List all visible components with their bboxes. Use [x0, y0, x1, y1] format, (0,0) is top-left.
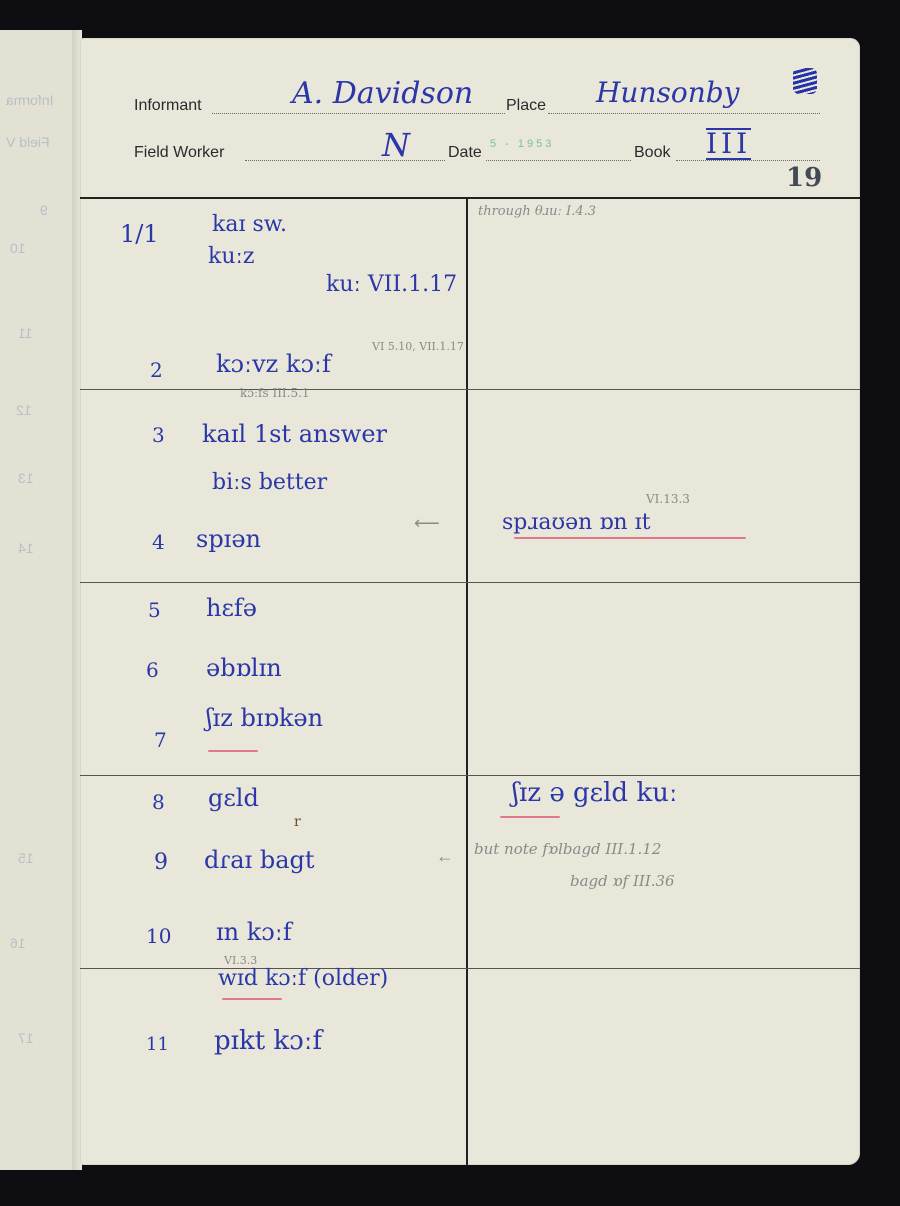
book-value: III: [706, 128, 751, 160]
entry-number: 6: [146, 658, 159, 682]
margin-note: through θɹuː I.4.3: [478, 204, 596, 219]
ghost-num: 15: [18, 850, 34, 866]
ghost-label-informant: Informa: [6, 92, 53, 108]
entry-number: 2: [150, 358, 163, 382]
entry-number: 5: [148, 598, 161, 622]
entry-number: 3: [152, 423, 165, 447]
red-underline: [514, 537, 746, 539]
entry-line: ʃɪz bɪɒkən: [206, 704, 323, 732]
place-label: Place: [506, 97, 546, 115]
arrow-left-icon: ←: [436, 846, 454, 867]
entry-line: kaɪ sw.: [212, 212, 287, 237]
entry-number: 1/1: [120, 220, 159, 248]
place-line: [548, 113, 820, 114]
arrow-left-icon: ⟵: [414, 513, 440, 534]
ghost-num: 9: [40, 202, 48, 218]
margin-note: but note fɒlbagd III.1.12: [474, 840, 661, 858]
field-worker-line: [245, 160, 445, 161]
ghost-num: 12: [16, 402, 32, 418]
date-value: 5 - 1953: [490, 138, 554, 150]
entry-number: 4: [152, 530, 165, 554]
margin-note: VI.13.3: [646, 492, 690, 506]
entry-reference: VI 5.10, VII.1.17: [372, 340, 464, 353]
margin-note: bagd ɒf III.36: [570, 872, 675, 890]
ghost-num: 10: [10, 240, 26, 256]
entry-line: hɛfə: [206, 594, 257, 622]
ghost-label-field-worker: Field V: [6, 134, 50, 150]
entry-number: 9: [154, 850, 168, 875]
entry-line: kuː VII.1.17: [326, 272, 457, 297]
entry-number: 10: [146, 924, 171, 948]
place-value: Hunsonby: [596, 76, 740, 109]
row-rule: [80, 775, 860, 776]
ghost-num: 14: [18, 540, 34, 556]
entry-number: 11: [146, 1034, 169, 1055]
scribble-mark: [793, 68, 817, 94]
page-number: 19: [786, 163, 822, 193]
ghost-num: 16: [10, 935, 26, 951]
informant-label: Informant: [134, 97, 202, 115]
entry-line: kaɪl 1st answer: [202, 420, 387, 448]
red-underline: [500, 816, 560, 818]
entry-line: spɪən: [196, 525, 261, 553]
column-divider: [466, 198, 468, 1165]
notebook-page: [80, 38, 860, 1165]
entry-line: ɪn kɔːf: [216, 918, 292, 946]
red-underline: [222, 998, 282, 1000]
date-label: Date: [448, 144, 482, 162]
entry-line: dɾaɪ bagt: [204, 846, 315, 874]
entry-line: pɪkt kɔːf: [214, 1026, 322, 1056]
entry-line: kuːz: [208, 244, 255, 269]
book-line: [676, 160, 820, 161]
entry-reference: kɔːfs III.5.1: [240, 386, 310, 400]
ghost-num: 17: [18, 1030, 34, 1046]
entry-line: gɛld: [208, 784, 259, 812]
book-label: Book: [634, 144, 670, 162]
ghost-num: 13: [18, 470, 34, 486]
margin-note: ʃɪz ə gɛld kuː: [512, 778, 678, 808]
field-worker-value: N: [382, 126, 410, 164]
row-rule: [80, 582, 860, 583]
entry-line: biːs better: [212, 470, 327, 495]
date-line: [486, 160, 631, 161]
header-rule: [80, 197, 860, 199]
entry-line: kɔːvz kɔːf: [216, 350, 331, 378]
correction-mark: r: [294, 814, 301, 830]
ghost-num: 11: [18, 325, 33, 341]
facing-page: Informa Field V 9 10 11 12 13 14 15 16 1…: [0, 30, 82, 1170]
entry-number: 8: [152, 790, 165, 814]
informant-value: A. Davidson: [292, 76, 473, 111]
entry-line: əbɒlɪn: [206, 654, 282, 682]
informant-line: [212, 113, 505, 114]
row-rule: [80, 389, 860, 390]
entry-line: wɪd kɔːf (older): [218, 966, 388, 991]
field-worker-label: Field Worker: [134, 144, 224, 162]
entry-number: 7: [154, 728, 167, 752]
red-underline: [208, 750, 258, 752]
margin-note: spɹaʊən ɒn ɪt: [502, 510, 650, 535]
row-rule: [80, 968, 860, 969]
